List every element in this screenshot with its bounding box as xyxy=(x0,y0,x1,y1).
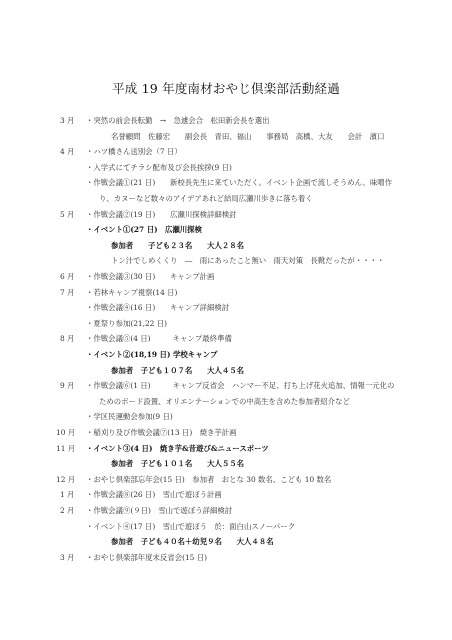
log-text: ためのボード設置、オリエンテーションでの中高生を含めた参加者紹介など xyxy=(99,394,350,409)
log-text: ・イベント①(27 日) 広瀬川探検 xyxy=(86,222,202,237)
log-line: 3 月・おやじ倶楽部年度末反省会(15 日) xyxy=(0,550,452,565)
log-line: 9 月・作戦会議⑥(1 日) キャンプ反省会 ハンマー不足、打ち上げ花火追加、情… xyxy=(0,378,452,393)
log-text: り、カヌーなど数々のアイデアあれど結局広瀬川歩きに落ち着く xyxy=(99,191,313,206)
log-text: ・作戦会議⑤(4 日) キャンプ最終準備 xyxy=(86,331,232,346)
log-text: ・イベント②(18,19 日) 学校キャンプ xyxy=(86,347,217,362)
log-text: ・作戦会議⑨(９日) 雪山で遊ぼう詳細検討 xyxy=(86,503,232,518)
log-text: トン汁でしめくくり ― 雨にあったこと無い 雨天対策 長靴だったが・・・・ xyxy=(111,253,384,268)
log-text: 参加者 子ども２３名 大人２８名 xyxy=(111,238,244,253)
month-label: 1 月 xyxy=(60,487,74,502)
month-label: 11 月 xyxy=(56,441,75,456)
log-line: 参加者 子ども４０名＋幼児９名 大人４８名 xyxy=(0,534,452,549)
log-text: ・夏祭り参加(21,22 日) xyxy=(86,316,167,331)
month-label: 4 月 xyxy=(60,144,74,159)
log-line: 名誉顧問 佐藤宏 副会長 青田、福山 事務局 高橋、大友 会計 濱口 xyxy=(0,129,452,144)
log-line: 6 月・作戦会議③(30 日) キャンプ計画 xyxy=(0,269,452,284)
month-label: 9 月 xyxy=(60,378,74,393)
log-line: ・イベント②(18,19 日) 学校キャンプ xyxy=(0,347,452,362)
log-line: トン汁でしめくくり ― 雨にあったこと無い 雨天対策 長靴だったが・・・・ xyxy=(0,253,452,268)
month-label: 2 月 xyxy=(60,503,74,518)
log-text: ・イベント④(17 日) 雪山で遊ぼう 於：面白山スノーパーク xyxy=(86,519,295,534)
log-line: 参加者 子ども１０１名 大人５５名 xyxy=(0,456,452,471)
log-text: ・学区民運動会参加(9 日) xyxy=(86,409,173,424)
month-label: 6 月 xyxy=(60,269,74,284)
log-line: ・学区民運動会参加(9 日) xyxy=(0,409,452,424)
log-text: ・作戦会議②(19 日) 広瀬川探検詳細検討 xyxy=(86,207,237,222)
log-line: 7 月・若林キャンプ視察(14 日) xyxy=(0,285,452,300)
log-line: ・イベント④(17 日) 雪山で遊ぼう 於：面白山スノーパーク xyxy=(0,519,452,534)
log-text: ・おやじ倶楽部忘年会(15 日) 参加者 おとな 30 数名、こども 10 数名 xyxy=(86,472,331,487)
log-text: 名誉顧問 佐藤宏 副会長 青田、福山 事務局 高橋、大友 会計 濱口 xyxy=(111,129,384,144)
log-line: ・イベント①(27 日) 広瀬川探検 xyxy=(0,222,452,237)
log-line: 参加者 子ども２３名 大人２８名 xyxy=(0,238,452,253)
month-label: 5 月 xyxy=(60,207,74,222)
log-text: ・ハツ橋さん送別会（7 日） xyxy=(86,144,182,159)
log-line: 2 月・作戦会議⑨(９日) 雪山で遊ぼう詳細検討 xyxy=(0,503,452,518)
log-line: 11 月・イベント③(4 日) 焼き芋&昔遊び&ニュースポーツ xyxy=(0,441,452,456)
log-text: 参加者 子ども４０名＋幼児９名 大人４８名 xyxy=(111,534,274,549)
month-label: 3 月 xyxy=(60,113,74,128)
month-label: 10 月 xyxy=(56,425,75,440)
log-line: 3 月・突然の前会長転勤 → 急遽会合 松田新会長を選出 xyxy=(0,113,452,128)
log-line: 1 月・作戦会議⑧(26 日) 雪山で遊ぼう計画 xyxy=(0,487,452,502)
log-text: ・稲刈り及び作戦会議⑦(13 日) 焼き芋計画 xyxy=(86,425,237,440)
log-text: ・入学式にてチラシ配布及び会長挨拶(9 日) xyxy=(86,160,232,175)
log-line: 10 月・稲刈り及び作戦会議⑦(13 日) 焼き芋計画 xyxy=(0,425,452,440)
log-line: 参加者 子ども１０７名 大人４５名 xyxy=(0,363,452,378)
log-text: ・作戦会議④(16 日) キャンプ詳細検討 xyxy=(86,300,229,315)
log-line: ・夏祭り参加(21,22 日) xyxy=(0,316,452,331)
month-label: 8 月 xyxy=(60,331,74,346)
log-line: 5 月・作戦会議②(19 日) 広瀬川探検詳細検討 xyxy=(0,207,452,222)
log-text: ・突然の前会長転勤 → 急遽会合 松田新会長を選出 xyxy=(86,113,270,128)
log-text: 参加者 子ども１０７名 大人４５名 xyxy=(111,363,244,378)
log-line: 4 月・ハツ橋さん送別会（7 日） xyxy=(0,144,452,159)
month-label: 3 月 xyxy=(60,550,74,565)
log-line: ・入学式にてチラシ配布及び会長挨拶(9 日) xyxy=(0,160,452,175)
log-line: り、カヌーなど数々のアイデアあれど結局広瀬川歩きに落ち着く xyxy=(0,191,452,206)
document-title: 平成 19 年度南材おやじ倶楽部活動経過 xyxy=(0,79,452,97)
log-line: ・作戦会議①(21 日) 新校長先生に来ていただく。イベント企画で流しそうめん、… xyxy=(0,175,452,190)
log-text: ・作戦会議⑥(1 日) キャンプ反省会 ハンマー不足、打ち上げ花火追加、情報一元… xyxy=(86,378,394,393)
log-text: ・作戦会議③(30 日) キャンプ計画 xyxy=(86,269,214,284)
log-line: ためのボード設置、オリエンテーションでの中高生を含めた参加者紹介など xyxy=(0,394,452,409)
log-text: ・イベント③(4 日) 焼き芋&昔遊び&ニュースポーツ xyxy=(86,441,269,456)
log-line: 8 月・作戦会議⑤(4 日) キャンプ最終準備 xyxy=(0,331,452,346)
log-text: ・若林キャンプ視察(14 日) xyxy=(86,285,177,300)
log-text: ・おやじ倶楽部年度末反省会(15 日) xyxy=(86,550,207,565)
month-label: 12 月 xyxy=(56,472,75,487)
log-text: 参加者 子ども１０１名 大人５５名 xyxy=(111,456,244,471)
log-line: 12 月・おやじ倶楽部忘年会(15 日) 参加者 おとな 30 数名、こども 1… xyxy=(0,472,452,487)
log-text: ・作戦会議⑧(26 日) 雪山で遊ぼう計画 xyxy=(86,487,222,502)
log-text: ・作戦会議①(21 日) 新校長先生に来ていただく。イベント企画で流しそうめん、… xyxy=(86,175,392,190)
log-line: ・作戦会議④(16 日) キャンプ詳細検討 xyxy=(0,300,452,315)
month-label: 7 月 xyxy=(60,285,74,300)
